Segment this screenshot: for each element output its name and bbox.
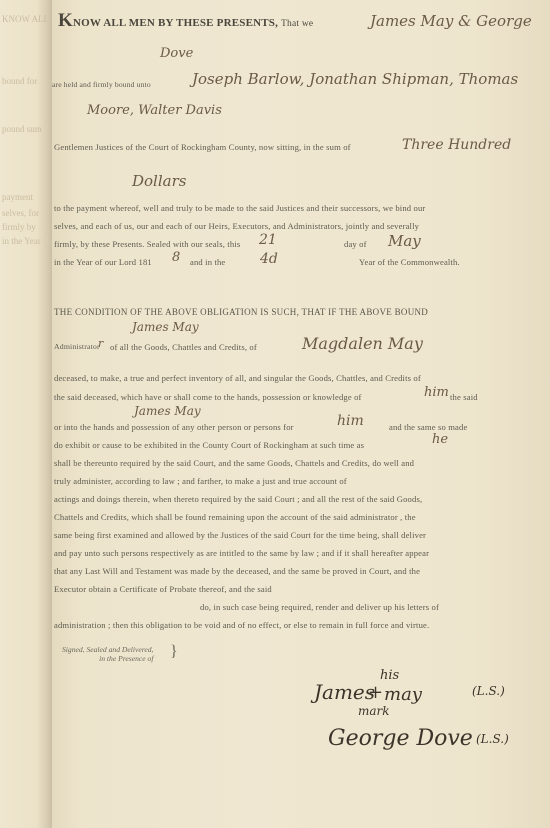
handwritten-above-hands: James May [134, 404, 201, 418]
bleed-text: firmly by [2, 222, 36, 232]
witness-block: Signed, Sealed and Delivered, in the Pre… [62, 645, 153, 663]
witness-line-2: in the Presence of [62, 654, 153, 663]
bond-document-page: KNOW ALL MEN BY THESE PRESENTS, That we … [52, 0, 550, 828]
handwritten-day: 21 [259, 232, 277, 248]
handwritten-deceased: Magdalen May [302, 334, 423, 353]
condition-line-8: Chattels and Credits, which shall be fou… [54, 512, 416, 522]
handwritten-year-digit: 8 [172, 250, 180, 265]
signature-may: may [384, 684, 422, 705]
handwritten-pronoun-time: he [432, 432, 448, 447]
document-title: KNOW ALL MEN BY THESE PRESENTS, That we [58, 10, 313, 32]
condition-line-13: do, in such case being required, render … [200, 602, 439, 612]
handwritten-sum: Three Hundred [402, 137, 511, 153]
condition-line-4: do exhibit or cause to be exhibited in t… [54, 440, 364, 450]
handwritten-administrator: James May [132, 320, 199, 334]
text-day-of: day of [344, 239, 367, 249]
condition-line-14: administration ; then this obligation to… [54, 620, 429, 630]
signature-james: James [314, 680, 375, 704]
bleed-text: payment [2, 192, 33, 202]
bleed-text: bound for [2, 76, 37, 86]
handwritten-obligees: Joseph Barlow, Jonathan Shipman, Thomas [192, 70, 518, 88]
text-administrator: Administrator [54, 342, 100, 351]
condition-heading: THE CONDITION OF THE ABOVE OBLIGATION IS… [54, 307, 428, 317]
handwritten-commonwealth-year: 4d [260, 251, 278, 267]
condition-line-10: and pay unto such persons respectively a… [54, 548, 429, 558]
handwritten-obligees-cont: Moore, Walter Davis [87, 103, 222, 118]
text-goods-chattles-of: of all the Goods, Chattles and Credits, … [110, 342, 257, 352]
text-justices: Gentlemen Justices of the Court of Rocki… [54, 142, 351, 152]
title-text: NOW ALL MEN BY THESE PRESENTS, [73, 17, 278, 29]
text-payment: to the payment whereof, well and truly t… [54, 203, 425, 213]
title-suffix: That we [281, 19, 313, 29]
bleed-text: selves, for [2, 208, 39, 218]
bleed-text: KNOW ALL [2, 14, 49, 24]
seal-1: (L.S.) [472, 684, 505, 698]
handwritten-pronoun-for: him [337, 413, 364, 429]
signature-mark: mark [358, 704, 390, 718]
signature-cross-mark: + [368, 682, 383, 703]
condition-line-12: Executor obtain a Certificate of Probate… [54, 584, 272, 594]
handwritten-sum-cont: Dollars [132, 172, 186, 190]
bleed-text: pound sum [2, 124, 42, 134]
witness-line-1: Signed, Sealed and Delivered, [62, 645, 153, 654]
condition-line-3a: or into the hands and possession of any … [54, 422, 294, 432]
condition-line-11: that any Last Will and Testament was mad… [54, 566, 420, 576]
text-selves: selves, and each of us, our and each of … [54, 221, 419, 231]
title-initial: K [58, 10, 73, 31]
bleed-text: in the Year [2, 236, 41, 246]
adjacent-page-bleed: KNOW ALL bound for pound sum payment sel… [0, 0, 52, 828]
text-year-lord: in the Year of our Lord 181 [54, 257, 152, 267]
handwritten-obligors: James May & George [370, 12, 532, 30]
condition-line-2b: the said [450, 392, 478, 402]
condition-line-1: deceased, to make, a true and perfect in… [54, 373, 421, 383]
condition-line-2a: the said deceased, which have or shall c… [54, 392, 362, 402]
handwritten-admin-suffix: r [98, 337, 103, 350]
handwritten-month: May [388, 232, 421, 250]
condition-line-7: actings and doings therein, when thereto… [54, 494, 422, 504]
text-bound-unto: are held and firmly bound unto [52, 80, 151, 89]
handwritten-obligors-cont: Dove [160, 46, 193, 61]
text-and-in-the: and in the [190, 257, 225, 267]
signature-his: his [380, 668, 399, 683]
condition-line-5: shall be thereunto required by the said … [54, 458, 414, 468]
signature-george-dove: George Dove [328, 726, 473, 751]
witness-brace: } [170, 643, 178, 661]
condition-line-9: same being first examined and allowed by… [54, 530, 426, 540]
condition-line-3b: and the same so made [389, 422, 467, 432]
text-firmly: firmly, by these Presents. Sealed with o… [54, 239, 240, 249]
text-commonwealth: Year of the Commonwealth. [359, 257, 460, 267]
handwritten-pronoun-knowledge: him [424, 385, 449, 400]
seal-2: (L.S.) [476, 732, 509, 746]
condition-line-6: truly administer, according to law ; and… [54, 476, 347, 486]
